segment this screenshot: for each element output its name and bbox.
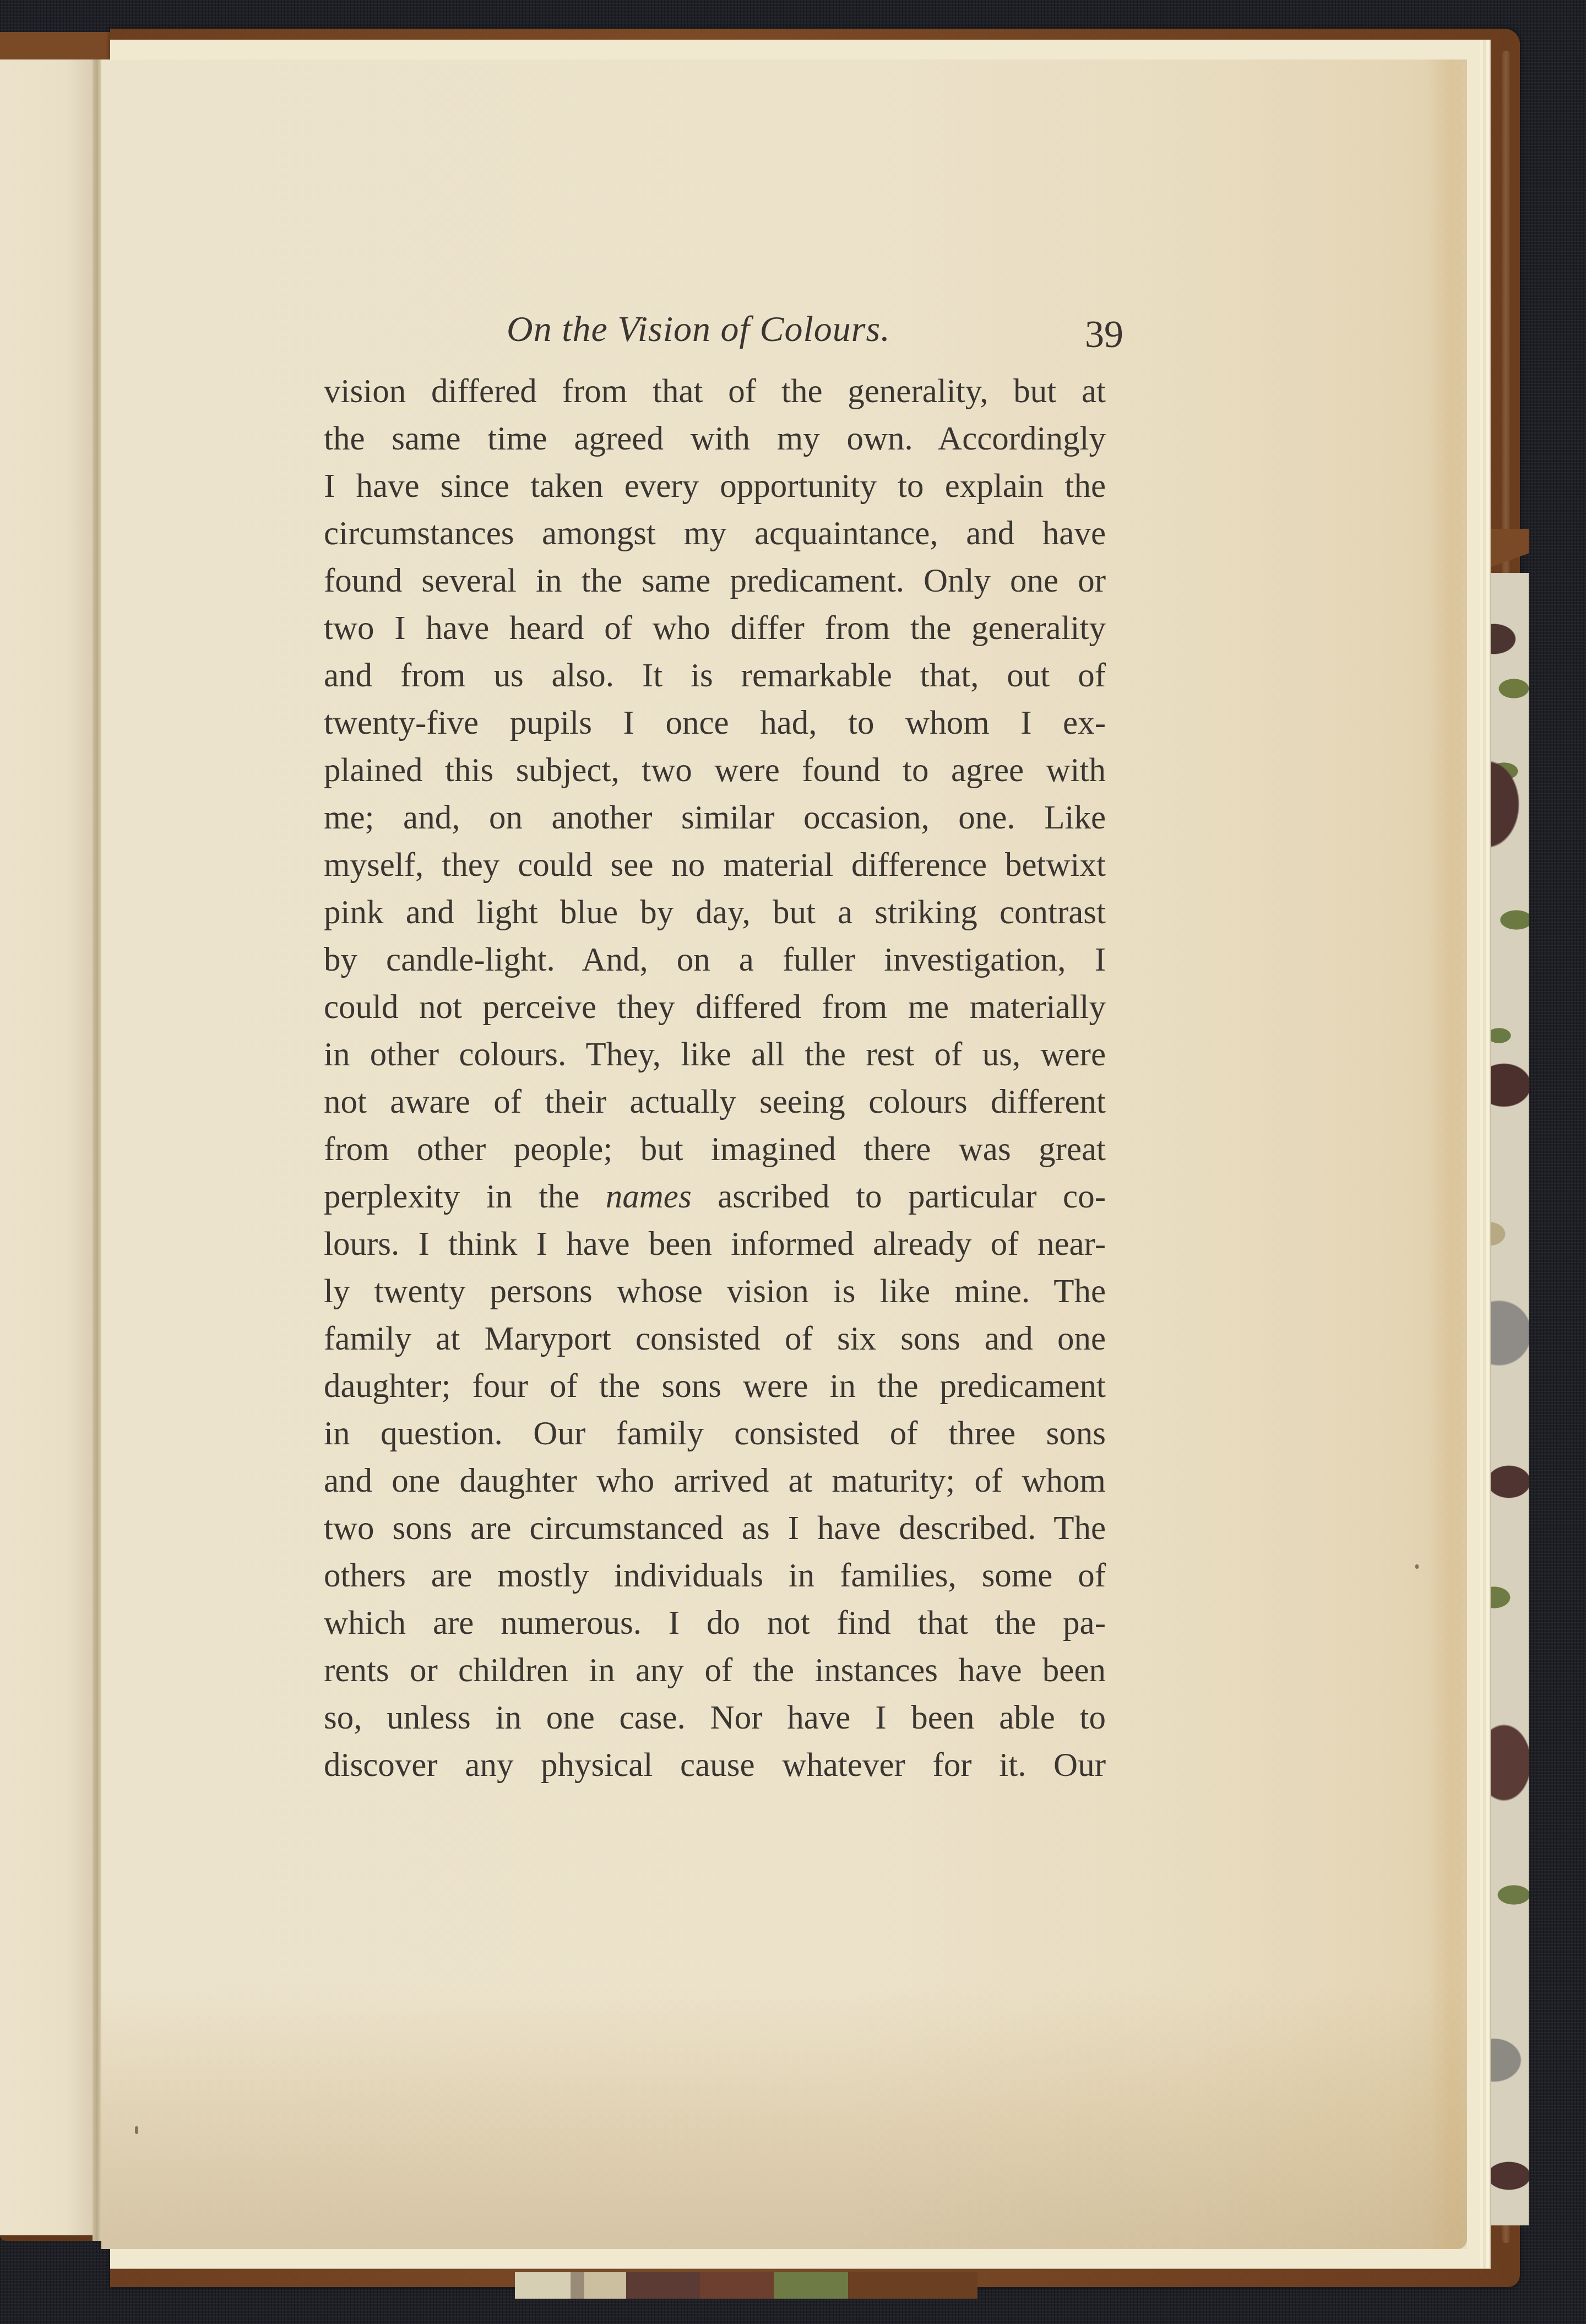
book-gutter <box>93 59 101 2241</box>
text-line: by candle-light. And, on a fuller invest… <box>324 936 1106 984</box>
paper-blemish <box>1415 1564 1419 1569</box>
text-run: ascribed to particular co- <box>692 1178 1106 1215</box>
text-line: family at Maryport consisted of six sons… <box>324 1315 1106 1363</box>
page-edge-foxing <box>1429 59 1467 2249</box>
text-line: plained this subject, two were found to … <box>324 747 1106 794</box>
text-run: perplexity in the <box>324 1178 606 1215</box>
marbled-endpaper-bottom <box>515 2272 977 2299</box>
text-line: not aware of their actually seeing colou… <box>324 1079 1106 1126</box>
text-line: circumstances amongst my acquaintance, a… <box>324 510 1106 557</box>
text-line: others are mostly individuals in familie… <box>324 1552 1106 1600</box>
text-line: in question. Our family consisted of thr… <box>324 1410 1106 1458</box>
text-line: found several in the same predicament. O… <box>324 557 1106 605</box>
text-line: so, unless in one case. Nor have I been … <box>324 1694 1106 1742</box>
text-line: pink and light blue by day, but a striki… <box>324 889 1106 936</box>
text-line: could not perceive they differed from me… <box>324 984 1106 1031</box>
text-line: me; and, on another similar occasion, on… <box>324 794 1106 842</box>
left-page-partial <box>0 59 95 2235</box>
text-line: in other colours. They, like all the res… <box>324 1031 1106 1079</box>
text-line: two sons are circumstanced as I have des… <box>324 1505 1106 1552</box>
text-line: the same time agreed with my own. Accord… <box>324 415 1106 463</box>
text-line: lours. I think I have been informed alre… <box>324 1221 1106 1268</box>
text-line: and from us also. It is remarkable that,… <box>324 652 1106 700</box>
text-line: myself, they could see no material diffe… <box>324 842 1106 889</box>
page-number: 39 <box>1085 313 1123 357</box>
italic-word-names: names <box>606 1178 692 1215</box>
text-line: discover any physical cause whatever for… <box>324 1742 1106 1789</box>
text-line: from other people; but imagined there wa… <box>324 1126 1106 1173</box>
text-line: I have since taken every opportunity to … <box>324 463 1106 510</box>
paper-blemish <box>135 2126 138 2134</box>
body-text: vision differed from that of the general… <box>324 368 1106 1789</box>
text-line: vision differed from that of the general… <box>324 368 1106 415</box>
running-head: On the Vision of Colours. 39 <box>507 308 1145 358</box>
text-line: ly twenty persons whose vision is like m… <box>324 1268 1106 1315</box>
text-line-with-italic: perplexity in the names ascribed to part… <box>324 1173 1106 1221</box>
text-line: two I have heard of who differ from the … <box>324 605 1106 652</box>
text-line: and one daughter who arrived at maturity… <box>324 1458 1106 1505</box>
text-line: daughter; four of the sons were in the p… <box>324 1363 1106 1410</box>
text-line: rents or children in any of the instance… <box>324 1647 1106 1694</box>
text-line: which are numerous. I do not find that t… <box>324 1600 1106 1647</box>
text-line: twenty-five pupils I once had, to whom I… <box>324 700 1106 747</box>
running-title: On the Vision of Colours. <box>507 308 890 350</box>
